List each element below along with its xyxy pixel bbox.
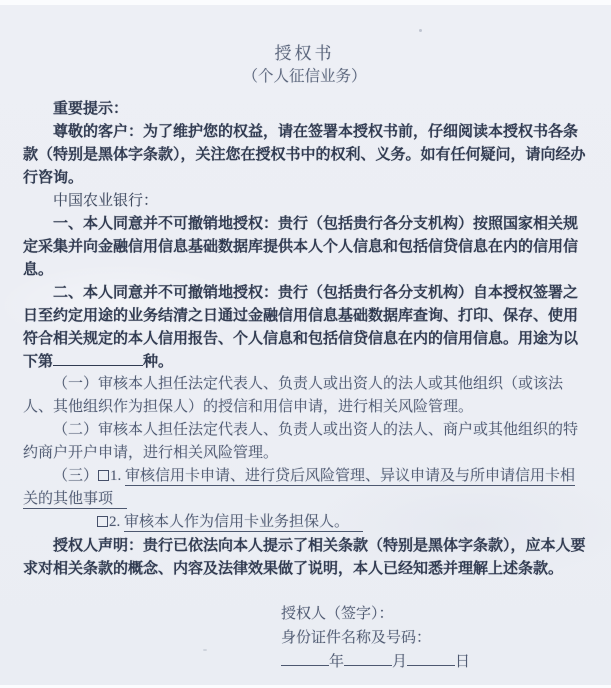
- authorizer-declaration-paragraph: 授权人声明：贵行已依法向本人提示了相关条款（特别是黑体字条款），应本人要求对相关…: [23, 534, 586, 580]
- clause-two-suffix: 种。: [143, 353, 173, 370]
- day-label: 日: [455, 654, 470, 670]
- purpose-item-three-option-two: 2. 审核本人作为信用卡业务担保人。: [23, 511, 586, 534]
- purpose-item-two: （二）审核本人担任法定代表人、负责人或出资人的法人、商户或其他组织的特约商户开户…: [23, 419, 586, 465]
- month-blank-field: [344, 651, 392, 666]
- date-line: 年月日: [281, 650, 586, 674]
- clause-one-paragraph: 一、本人同意并不可撤销地授权：贵行（包括贵行各分支机构）按照国家相关规定采集并向…: [23, 212, 586, 281]
- option-1-number: 1.: [110, 468, 121, 484]
- scan-artifact-speck: [419, 29, 422, 32]
- month-label: 月: [392, 654, 407, 670]
- purpose-number-blank-field: [53, 351, 143, 366]
- option-2-number: 2.: [109, 514, 120, 530]
- clause-two-paragraph: 二、本人同意并不可撤销地授权：贵行（包括贵行各分支机构）自本授权签署之日至约定用…: [23, 281, 586, 373]
- scanned-authorization-document: 授权书 （个人征信业务） 重要提示： 尊敬的客户：为了维护您的权益，请在签署本授…: [0, 5, 611, 685]
- year-blank-field: [281, 651, 329, 666]
- option-2-text: 审核本人作为信用卡业务担保人。: [124, 514, 363, 532]
- purpose-item-one: （一）审核本人担任法定代表人、负责人或出资人的法人或其他组织（或该法人、其他组织…: [23, 373, 586, 419]
- id-document-label: 身份证件名称及号码：: [281, 626, 586, 650]
- addressee-line: 中国农业银行：: [23, 189, 586, 212]
- option-2-checkbox-icon: [97, 516, 108, 527]
- document-body: 重要提示： 尊敬的客户：为了维护您的权益，请在签署本授权书前，仔细阅读本授权书各…: [23, 97, 586, 580]
- customer-notice-paragraph: 尊敬的客户：为了维护您的权益，请在签署本授权书前，仔细阅读本授权书各条款（特别是…: [23, 120, 586, 189]
- important-notice-heading: 重要提示：: [23, 97, 586, 120]
- scan-artifact-speck: [203, 649, 207, 651]
- signature-block: 授权人（签字）： 身份证件名称及号码： 年月日: [281, 602, 586, 674]
- signature-label: 授权人（签字）：: [281, 602, 586, 626]
- purpose-three-label: （三）: [53, 468, 98, 484]
- year-label: 年: [329, 654, 344, 670]
- purpose-item-three: （三）1. 审核信用卡申请、进行贷后风险管理、异议申请及与所申请信用卡相关的其他…: [23, 465, 586, 511]
- document-title: 授权书: [23, 43, 586, 65]
- document-subtitle: （个人征信业务）: [23, 65, 586, 89]
- option-1-checkbox-icon: [98, 470, 109, 481]
- day-blank-field: [407, 651, 455, 666]
